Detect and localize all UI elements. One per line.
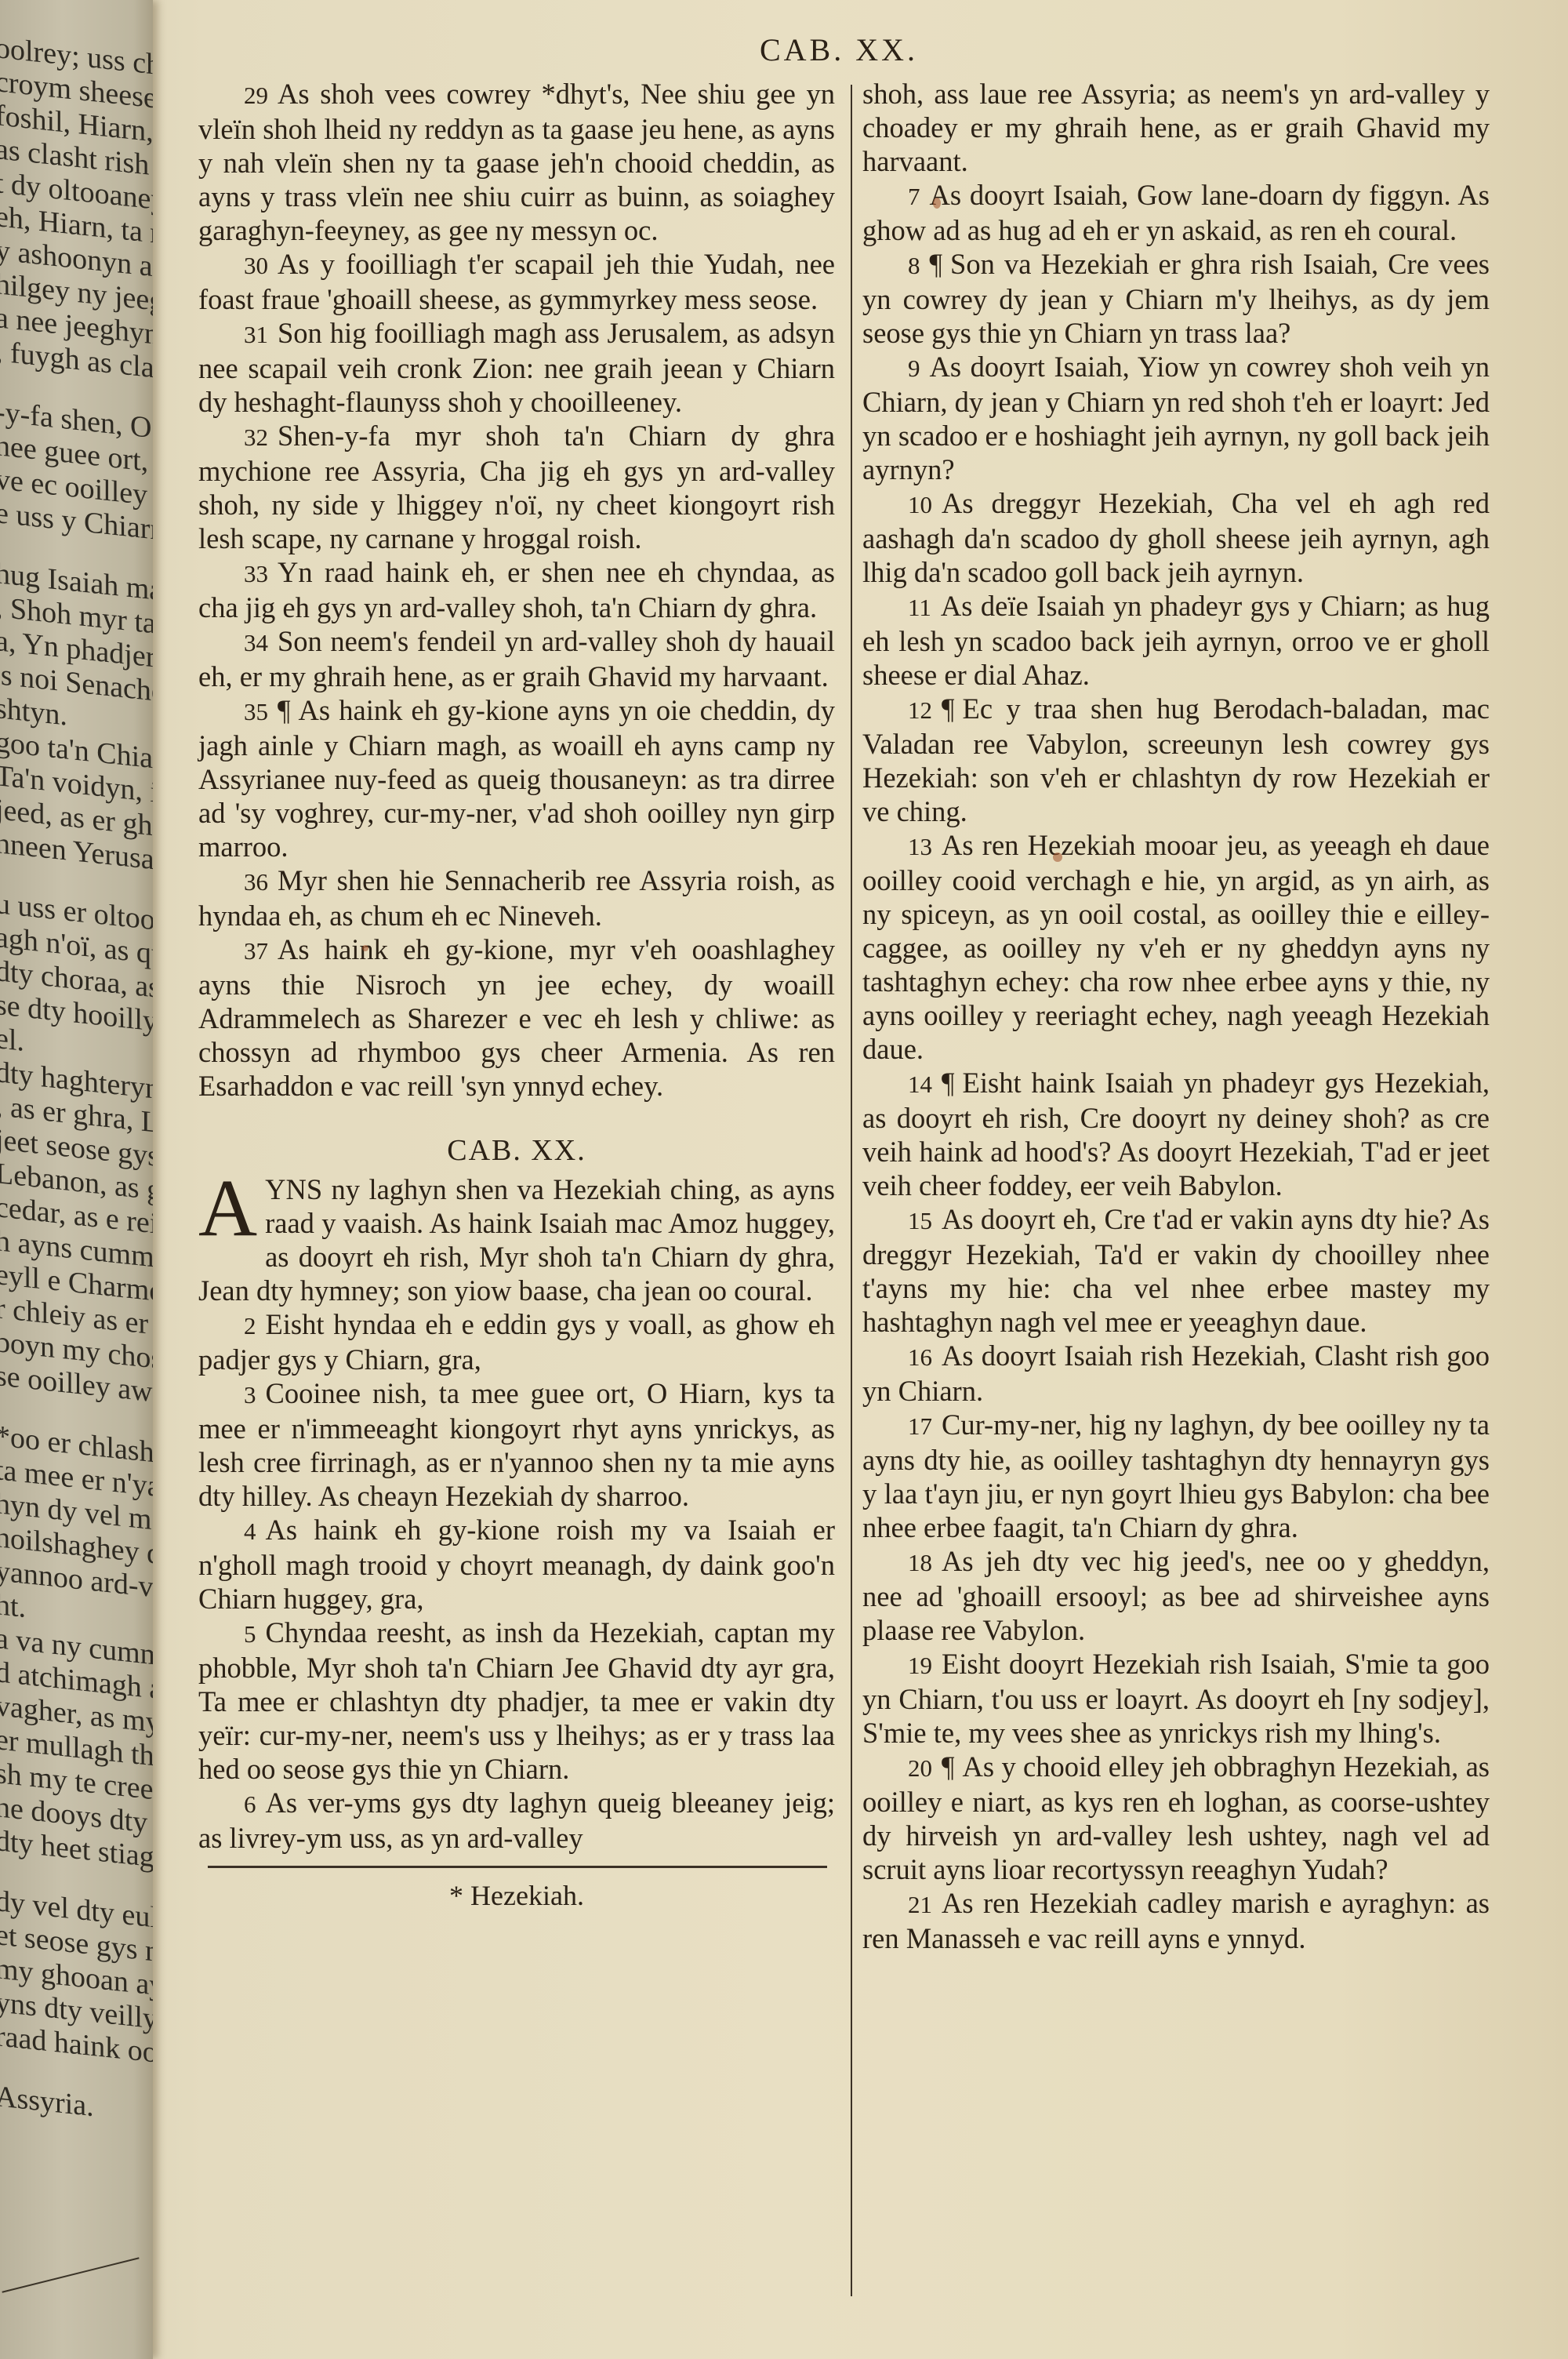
verse-number: 13: [908, 833, 932, 860]
verse-35: 35¶As haink eh gy-kione ayns yn oie ched…: [198, 693, 835, 863]
verse-30: 30As y fooilliagh t'er scapail jeh thie …: [198, 247, 835, 316]
right-column: shoh, ass laue ree Assyria; as neem's yn…: [862, 77, 1490, 1955]
verse-36: 36Myr shen hie Sennacherib ree Assyria r…: [198, 863, 835, 932]
verse-text: Cur-my-ner, hig ny laghyn, dy bee ooille…: [862, 1408, 1490, 1543]
verse-text: Son va Hezekiah er ghra rish Isaiah, Cre…: [862, 248, 1490, 349]
verse-14: 14¶Eisht haink Isaiah yn phadeyr gys Hez…: [862, 1066, 1490, 1202]
verse-text: Myr shen hie Sennacherib ree Assyria roi…: [198, 864, 835, 932]
verse-32: 32Shen-y-fa myr shoh ta'n Chiarn dy ghra…: [198, 419, 835, 555]
verse-number: 12: [908, 696, 932, 724]
verse-text: As haink eh gy-kione, myr v'eh ooashlagh…: [198, 933, 835, 1102]
verse-text: As dooyrt eh, Cre t'ad er vakin ayns dty…: [862, 1203, 1490, 1338]
pilcrow-icon: ¶: [942, 1067, 955, 1099]
pilcrow-icon: ¶: [278, 694, 291, 726]
verse-6: 6As ver-yms gys dty laghyn queig bleeane…: [198, 1786, 835, 1855]
verse-number: 14: [908, 1070, 932, 1098]
pilcrow-icon: ¶: [942, 1750, 955, 1783]
verse-text: Son hig fooilliagh magh ass Jerusalem, a…: [198, 317, 835, 418]
verse-text: As dooyrt Isaiah, Yiow yn cowrey shoh ve…: [862, 351, 1490, 485]
left-column: 29As shoh vees cowrey *dhyt's, Nee shiu …: [198, 77, 835, 1913]
verse-number: 29: [244, 82, 268, 109]
verse-text: Eisht hyndaa eh e eddin gys y voall, as …: [198, 1308, 835, 1376]
verse-text: Cooinee nish, ta mee guee ort, O Hiarn, …: [198, 1377, 835, 1512]
verse-text: As y fooilliagh t'er scapail jeh thie Yu…: [198, 248, 835, 315]
verse-37: 37As haink eh gy-kione, myr v'eh ooashla…: [198, 932, 835, 1103]
verse-3: 3Cooinee nish, ta mee guee ort, O Hiarn,…: [198, 1376, 835, 1513]
pilcrow-icon: ¶: [930, 248, 943, 280]
verse-text: Chyndaa reesht, as insh da Hezekiah, cap…: [198, 1616, 835, 1785]
right-verses: 7As dooyrt Isaiah, Gow lane-doarn dy fig…: [862, 178, 1490, 1955]
verse-text: As ren Hezekiah mooar jeu, as yeeagh eh …: [862, 829, 1490, 1065]
verse-number: 8: [908, 252, 920, 279]
paper-stain: [933, 198, 941, 209]
verse-18: 18As jeh dty vec hig jeed's, nee oo y gh…: [862, 1544, 1490, 1647]
pilcrow-icon: ¶: [942, 692, 955, 725]
verse-9: 9As dooyrt Isaiah, Yiow yn cowrey shoh v…: [862, 350, 1490, 486]
verse-number: 15: [908, 1207, 932, 1234]
verse-text: Yn raad haink eh, er shen nee eh chyndaa…: [198, 556, 835, 623]
verse-text: Eisht dooyrt Hezekiah rish Isaiah, S'mie…: [862, 1648, 1490, 1749]
chapter-verses: 2Eisht hyndaa eh e eddin gys y voall, as…: [198, 1307, 835, 1855]
verse-number: 35: [244, 698, 268, 725]
verse-5: 5Chyndaa reesht, as insh da Hezekiah, ca…: [198, 1616, 835, 1786]
verse-34: 34Son neem's fendeil yn ard-valley shoh …: [198, 624, 835, 693]
verse-19: 19Eisht dooyrt Hezekiah rish Isaiah, S'm…: [862, 1647, 1490, 1750]
verse-12: 12¶Ec y traa shen hug Berodach-baladan, …: [862, 692, 1490, 828]
verse-2: 2Eisht hyndaa eh e eddin gys y voall, as…: [198, 1307, 835, 1376]
verse-text: As y chooid elley jeh obbraghyn Hezekiah…: [862, 1750, 1490, 1885]
paper-stain: [362, 945, 368, 951]
verse-number: 34: [244, 629, 268, 656]
verse-number: 5: [244, 1620, 256, 1648]
drop-cap: A: [198, 1176, 257, 1241]
verse-text: Ec y traa shen hug Berodach-baladan, mac…: [862, 692, 1490, 827]
verse-29: 29As shoh vees cowrey *dhyt's, Nee shiu …: [198, 77, 835, 247]
verse-number: 17: [908, 1412, 932, 1440]
verse-number: 4: [244, 1518, 256, 1545]
verse-text: As dreggyr Hezekiah, Cha vel eh agh red …: [862, 487, 1490, 588]
verse-text: Shen-y-fa myr shoh ta'n Chiarn dy ghra m…: [198, 420, 835, 554]
verse-15: 15As dooyrt eh, Cre t'ad er vakin ayns d…: [862, 1202, 1490, 1339]
chapter-opening-paragraph: AYNS ny laghyn shen va Hezekiah ching, a…: [198, 1172, 835, 1307]
verse-text: As haink eh gy-kione ayns yn oie cheddin…: [198, 694, 835, 863]
verse-7: 7As dooyrt Isaiah, Gow lane-doarn dy fig…: [862, 178, 1490, 247]
verse-number: 11: [908, 594, 931, 621]
verse-text: Son neem's fendeil yn ard-valley shoh dy…: [198, 625, 835, 692]
verse-text: As shoh vees cowrey *dhyt's, Nee shiu ge…: [198, 78, 835, 246]
footnote: * Hezekiah.: [198, 1879, 835, 1913]
verse-text: As deïe Isaiah yn phadeyr gys y Chiarn; …: [862, 590, 1490, 691]
verse-number: 21: [908, 1891, 932, 1918]
verse-17: 17Cur-my-ner, hig ny laghyn, dy bee ooil…: [862, 1408, 1490, 1544]
paper-stain: [1053, 852, 1062, 862]
verse-31: 31Son hig fooilliagh magh ass Jerusalem,…: [198, 316, 835, 419]
verse-number: 3: [244, 1381, 256, 1408]
verse-number: 31: [244, 321, 268, 348]
verse-continuation: shoh, ass laue ree Assyria; as neem's yn…: [862, 77, 1490, 178]
verse-text: Eisht haink Isaiah yn phadeyr gys Hezeki…: [862, 1067, 1490, 1201]
verse-20: 20¶As y chooid elley jeh obbraghyn Hezek…: [862, 1750, 1490, 1886]
verse-number: 7: [908, 183, 920, 210]
verse-number: 2: [244, 1312, 256, 1339]
verse-number: 16: [908, 1343, 932, 1371]
verse-number: 33: [244, 560, 268, 587]
verse-13: 13As ren Hezekiah mooar jeu, as yeeagh e…: [862, 828, 1490, 1066]
verse-text: As jeh dty vec hig jeed's, nee oo y ghed…: [862, 1545, 1490, 1646]
verse-text: As dooyrt Isaiah rish Hezekiah, Clasht r…: [862, 1339, 1490, 1407]
verse-number: 36: [244, 868, 268, 896]
chapter-heading: CAB. XX.: [198, 1134, 835, 1168]
verse-number: 9: [908, 354, 920, 382]
running-header: CAB. XX.: [0, 31, 1568, 68]
verse-number: 18: [908, 1549, 932, 1576]
verse-4: 4As haink eh gy-kione roish my va Isaiah…: [198, 1513, 835, 1616]
verse-16: 16As dooyrt Isaiah rish Hezekiah, Clasht…: [862, 1339, 1490, 1408]
column-divider: [851, 85, 852, 2296]
curled-page-text: oolrey; uss chrocroym sheese dtyfoshil, …: [0, 31, 153, 2114]
verse-number: 19: [908, 1652, 932, 1679]
verse-number: 6: [244, 1790, 256, 1818]
verse-10: 10As dreggyr Hezekiah, Cha vel eh agh re…: [862, 486, 1490, 589]
verse-number: 32: [244, 423, 268, 451]
curled-previous-page: oolrey; uss chrocroym sheese dtyfoshil, …: [0, 0, 153, 2359]
footnote-rule: [208, 1866, 827, 1868]
verse-text: As haink eh gy-kione roish my va Isaiah …: [198, 1514, 835, 1615]
verse-text: As ren Hezekiah cadley marish e ayraghyn…: [862, 1887, 1490, 1954]
verse-number: 20: [908, 1754, 932, 1782]
verse-text: As ver-yms gys dty laghyn queig bleeaney…: [198, 1787, 835, 1854]
verse-33: 33Yn raad haink eh, er shen nee eh chynd…: [198, 555, 835, 624]
verse-8: 8¶Son va Hezekiah er ghra rish Isaiah, C…: [862, 247, 1490, 350]
opening-text: YNS ny laghyn shen va Hezekiah ching, as…: [198, 1173, 835, 1307]
curled-page-footnote-rule: [2, 2257, 139, 2292]
verse-21: 21As ren Hezekiah cadley marish e ayragh…: [862, 1886, 1490, 1955]
verse-text: As dooyrt Isaiah, Gow lane-doarn dy figg…: [862, 179, 1490, 246]
left-verses: 29As shoh vees cowrey *dhyt's, Nee shiu …: [198, 77, 835, 1103]
verse-number: 37: [244, 937, 268, 965]
verse-number: 10: [908, 491, 932, 518]
verse-11: 11As deïe Isaiah yn phadeyr gys y Chiarn…: [862, 589, 1490, 692]
verse-number: 30: [244, 252, 268, 279]
